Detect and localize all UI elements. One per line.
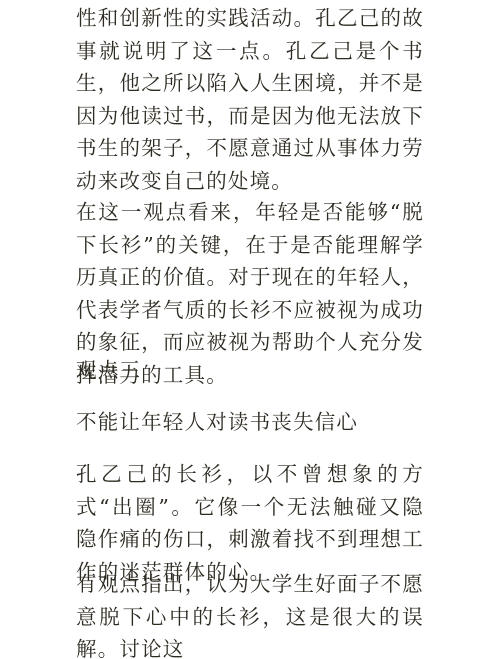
section-subtitle: 不能让年轻人对读书丧失信心	[76, 406, 424, 439]
paragraph-1: 性和创新性的实践活动。孔乙己的故事就说明了这一点。孔乙己是个书生，他之所以陷入人…	[76, 2, 424, 197]
paragraph-4: 有观点指出，认为大学生好面子不愿意脱下心中的长衫，这是很大的误解。讨论这	[76, 568, 424, 659]
section-heading: 观点三	[76, 354, 424, 387]
